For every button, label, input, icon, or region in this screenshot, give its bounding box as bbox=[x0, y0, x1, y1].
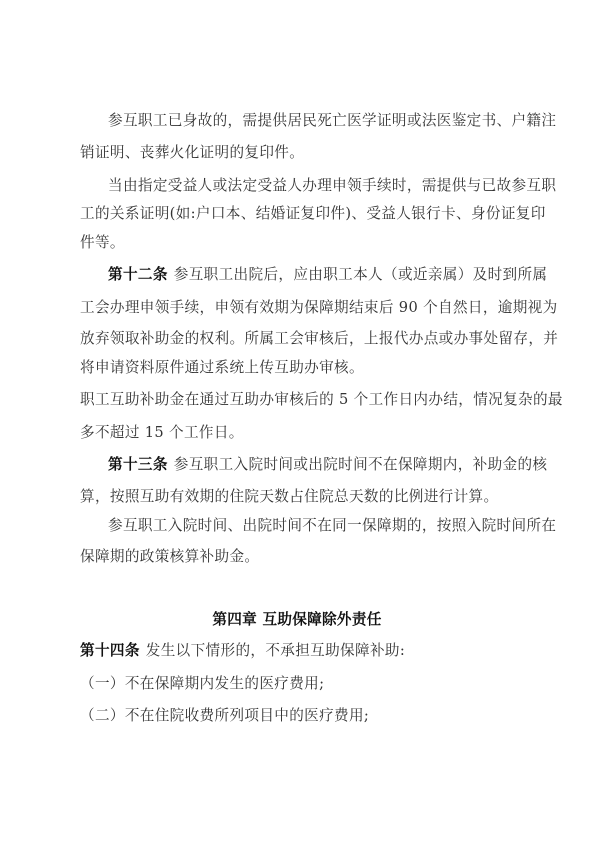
article-13-text: 参互职工入院时间或出院时间不在保障期内，补助金的核 bbox=[174, 456, 548, 473]
article-14-text: 发生以下情形的，不承担互助保障补助: bbox=[146, 642, 405, 659]
paragraph-line: 保障期的政策核算补助金。 bbox=[80, 547, 520, 567]
paragraph-line: 当由指定受益人或法定受益人办理申领手续时，需提供与已故参互职 bbox=[108, 176, 520, 196]
paragraph-line: 参互职工入院时间、出院时间不在同一保障期的，按照入院时间所在 bbox=[108, 516, 520, 536]
article-12-label: 第十二条 bbox=[108, 266, 168, 283]
paragraph-line: 多不超过 15 个工作日。 bbox=[80, 423, 520, 443]
paragraph-line: 工的关系证明(如:户口本、结婚证复印件)、受益人银行卡、身份证复印 bbox=[80, 204, 520, 224]
chapter-heading: 第四章 互助保障除外责任 bbox=[0, 610, 594, 630]
article-14-line: 第十四条发生以下情形的，不承担互助保障补助: bbox=[80, 641, 520, 661]
exclusion-list-item: （一）不在保障期内发生的医疗费用; bbox=[80, 674, 520, 694]
paragraph-line: 放弃领取补助金的权利。所属工会审核后，上报代办点或办事处留存，并 bbox=[80, 329, 520, 349]
paragraph-line: 件等。 bbox=[80, 233, 520, 253]
article-14-label: 第十四条 bbox=[80, 642, 140, 659]
paragraph-line: 职工互助补助金在通过互助办审核后的 5 个工作日内办结，情况复杂的最 bbox=[80, 390, 520, 410]
exclusion-list-item: （二）不在住院收费所列项目中的医疗费用; bbox=[80, 706, 520, 726]
paragraph-line: 算，按照互助有效期的住院天数占住院总天数的比例进行计算。 bbox=[80, 487, 520, 507]
article-13-first-line: 第十三条参互职工入院时间或出院时间不在保障期内，补助金的核 bbox=[108, 455, 520, 475]
article-13-label: 第十三条 bbox=[108, 456, 168, 473]
paragraph-line: 工会办理申领手续，申领有效期为保障期结束后 90 个自然日，逾期视为 bbox=[80, 298, 520, 318]
paragraph-line: 参互职工已身故的，需提供居民死亡医学证明或法医鉴定书、户籍注 bbox=[108, 111, 520, 131]
paragraph-line: 将申请资料原件通过系统上传互助办审核。 bbox=[80, 358, 520, 378]
paragraph-line: 销证明、丧葬火化证明的复印件。 bbox=[80, 143, 520, 163]
article-12-first-line: 第十二条参互职工出院后，应由职工本人（或近亲属）及时到所属 bbox=[108, 265, 520, 285]
document-page: 参互职工已身故的，需提供居民死亡医学证明或法医鉴定书、户籍注 销证明、丧葬火化证… bbox=[0, 0, 594, 841]
article-12-text: 参互职工出院后，应由职工本人（或近亲属）及时到所属 bbox=[174, 266, 548, 283]
